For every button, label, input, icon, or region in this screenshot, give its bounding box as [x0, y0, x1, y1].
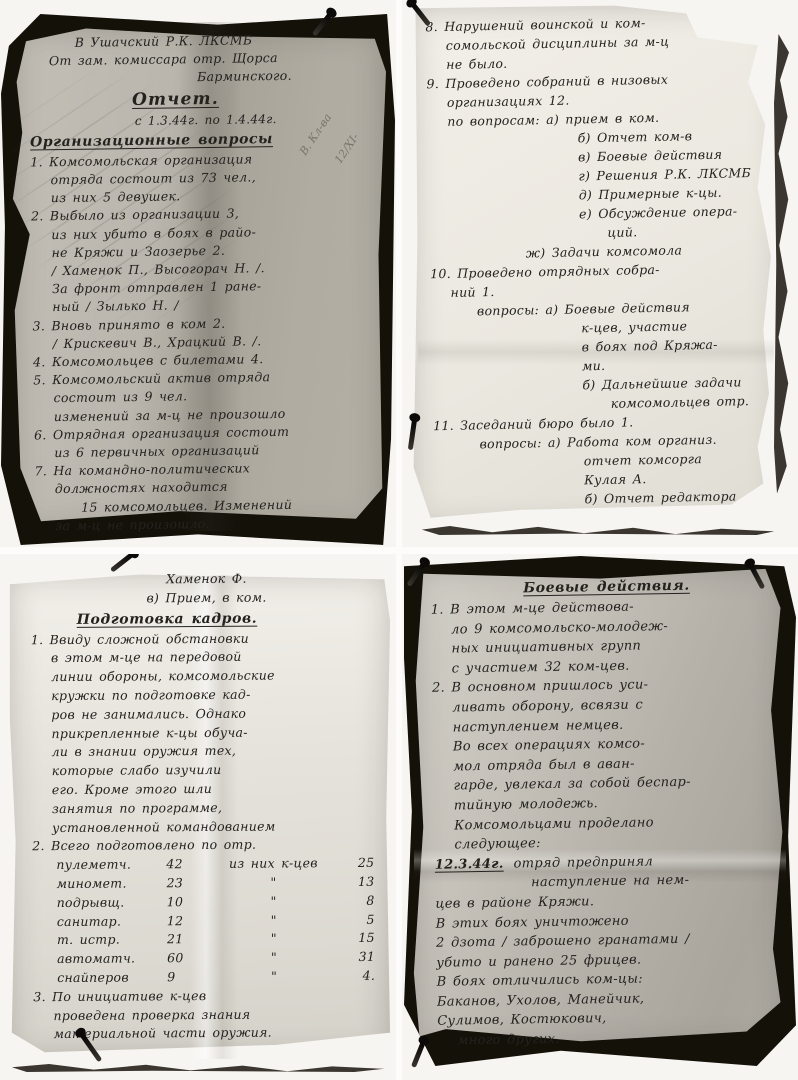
table-cell: из них к-цев	[220, 854, 326, 874]
table-cell: "	[220, 873, 326, 893]
handwritten-line: линии обороны, комсомольские	[31, 666, 383, 687]
photo-report-page-1: В. Кл-ва 12/XI- В Ушачский Р.К. ЛКСМБОт …	[0, 0, 396, 547]
handwritten-line: которые слабо изучили	[32, 760, 384, 781]
torn-paper-edge	[422, 526, 774, 535]
table-cell: 21	[167, 930, 221, 949]
table-cell: "	[221, 967, 327, 987]
handwritten-line: прикрепленные к-цы обуча-	[31, 722, 383, 743]
table-row: автоматч.60"31	[33, 948, 385, 969]
table-cell: пулеметч.	[56, 855, 166, 875]
table-cell: миномет.	[56, 874, 166, 894]
torn-paper-edge	[774, 34, 789, 493]
table-row: санитар.12"5	[33, 910, 385, 931]
page-text: Боевые действия.1. В этом м-це действова…	[430, 573, 789, 1051]
table-cell: автоматч.	[57, 949, 167, 969]
table-cell: снайперов	[57, 968, 167, 988]
table-cell: 42	[166, 855, 220, 874]
table-cell: 15	[327, 929, 375, 948]
table-cell: 10	[167, 893, 221, 912]
handwritten-line: в этом м-це на передовой	[31, 647, 383, 668]
table-cell: 31	[327, 948, 375, 967]
table-cell: 12	[167, 911, 221, 930]
table-row: подрывщ.10"8	[33, 892, 385, 913]
handwritten-line: 2. Всего подготовлено по отр.	[32, 835, 384, 856]
table-cell: "	[221, 892, 327, 912]
table-cell: 5	[327, 910, 375, 929]
handwritten-line: установленной командованием	[32, 816, 384, 837]
page-text: 8. Нарушений воинской и ком-сомольской д…	[425, 11, 776, 511]
table-row: снайперов9"4.	[33, 967, 385, 988]
torn-paper-edge	[12, 1064, 384, 1072]
table-cell: 4.	[327, 967, 375, 986]
table-row: миномет.23"13	[32, 873, 384, 894]
table-cell: 60	[167, 949, 221, 968]
page-text: В Ушачский Р.К. ЛКСМБОт зам. комиссара о…	[29, 30, 388, 536]
table-row: т. истр.21"15	[33, 929, 385, 950]
page-text: Хаменок Ф.в) Прием, в ком.Подготовка кад…	[30, 569, 385, 1045]
handwritten-line: занятия по программе,	[32, 798, 384, 819]
handwritten-line: в) Прием, в ком.	[30, 588, 382, 609]
table-cell: отряд предпринял	[513, 852, 653, 874]
photo-report-page-3: Хаменок Ф.в) Прием, в ком.Подготовка кад…	[0, 554, 396, 1080]
table-cell: подрывщ.	[57, 893, 167, 913]
table-cell: "	[221, 948, 327, 968]
handwritten-line: ли в знании оружия тех,	[32, 741, 384, 762]
table-cell: 12.3.44г.	[435, 854, 504, 875]
photo-report-page-4: Боевые действия.1. В этом м-це действова…	[402, 554, 798, 1080]
handwritten-line: кружки по подготовке кад-	[31, 685, 383, 706]
handwritten-line: 1. Ввиду сложной обстановки	[31, 628, 383, 649]
handwritten-line: 3. По инициативе к-цев	[33, 986, 385, 1007]
table-cell: 25	[326, 854, 374, 873]
handwritten-line: проведена проверка знания	[33, 1004, 385, 1025]
table-cell: "	[221, 911, 327, 931]
table-cell: 8	[327, 892, 375, 911]
table-cell: т. истр.	[57, 931, 167, 951]
thumbtack-pin	[411, 1040, 426, 1068]
handwritten-line: ров не занимались. Однако	[31, 704, 383, 725]
table-row: пулеметч.42из них к-цев25	[32, 854, 384, 875]
table-cell: "	[221, 930, 327, 950]
handwritten-line: Хаменок Ф.	[30, 569, 382, 590]
table-cell: 13	[326, 873, 374, 892]
table-cell: санитар.	[57, 912, 167, 932]
section-heading: Подготовка кадров.	[31, 606, 383, 630]
photo-album-page: В. Кл-ва 12/XI- В Ушачский Р.К. ЛКСМБОт …	[0, 0, 798, 1080]
handwritten-line: его. Кроме этого шли	[32, 779, 384, 800]
table-cell: 9	[167, 968, 221, 987]
photo-report-page-2: 8. Нарушений воинской и ком-сомольской д…	[402, 0, 798, 547]
table-cell: 23	[166, 874, 220, 893]
